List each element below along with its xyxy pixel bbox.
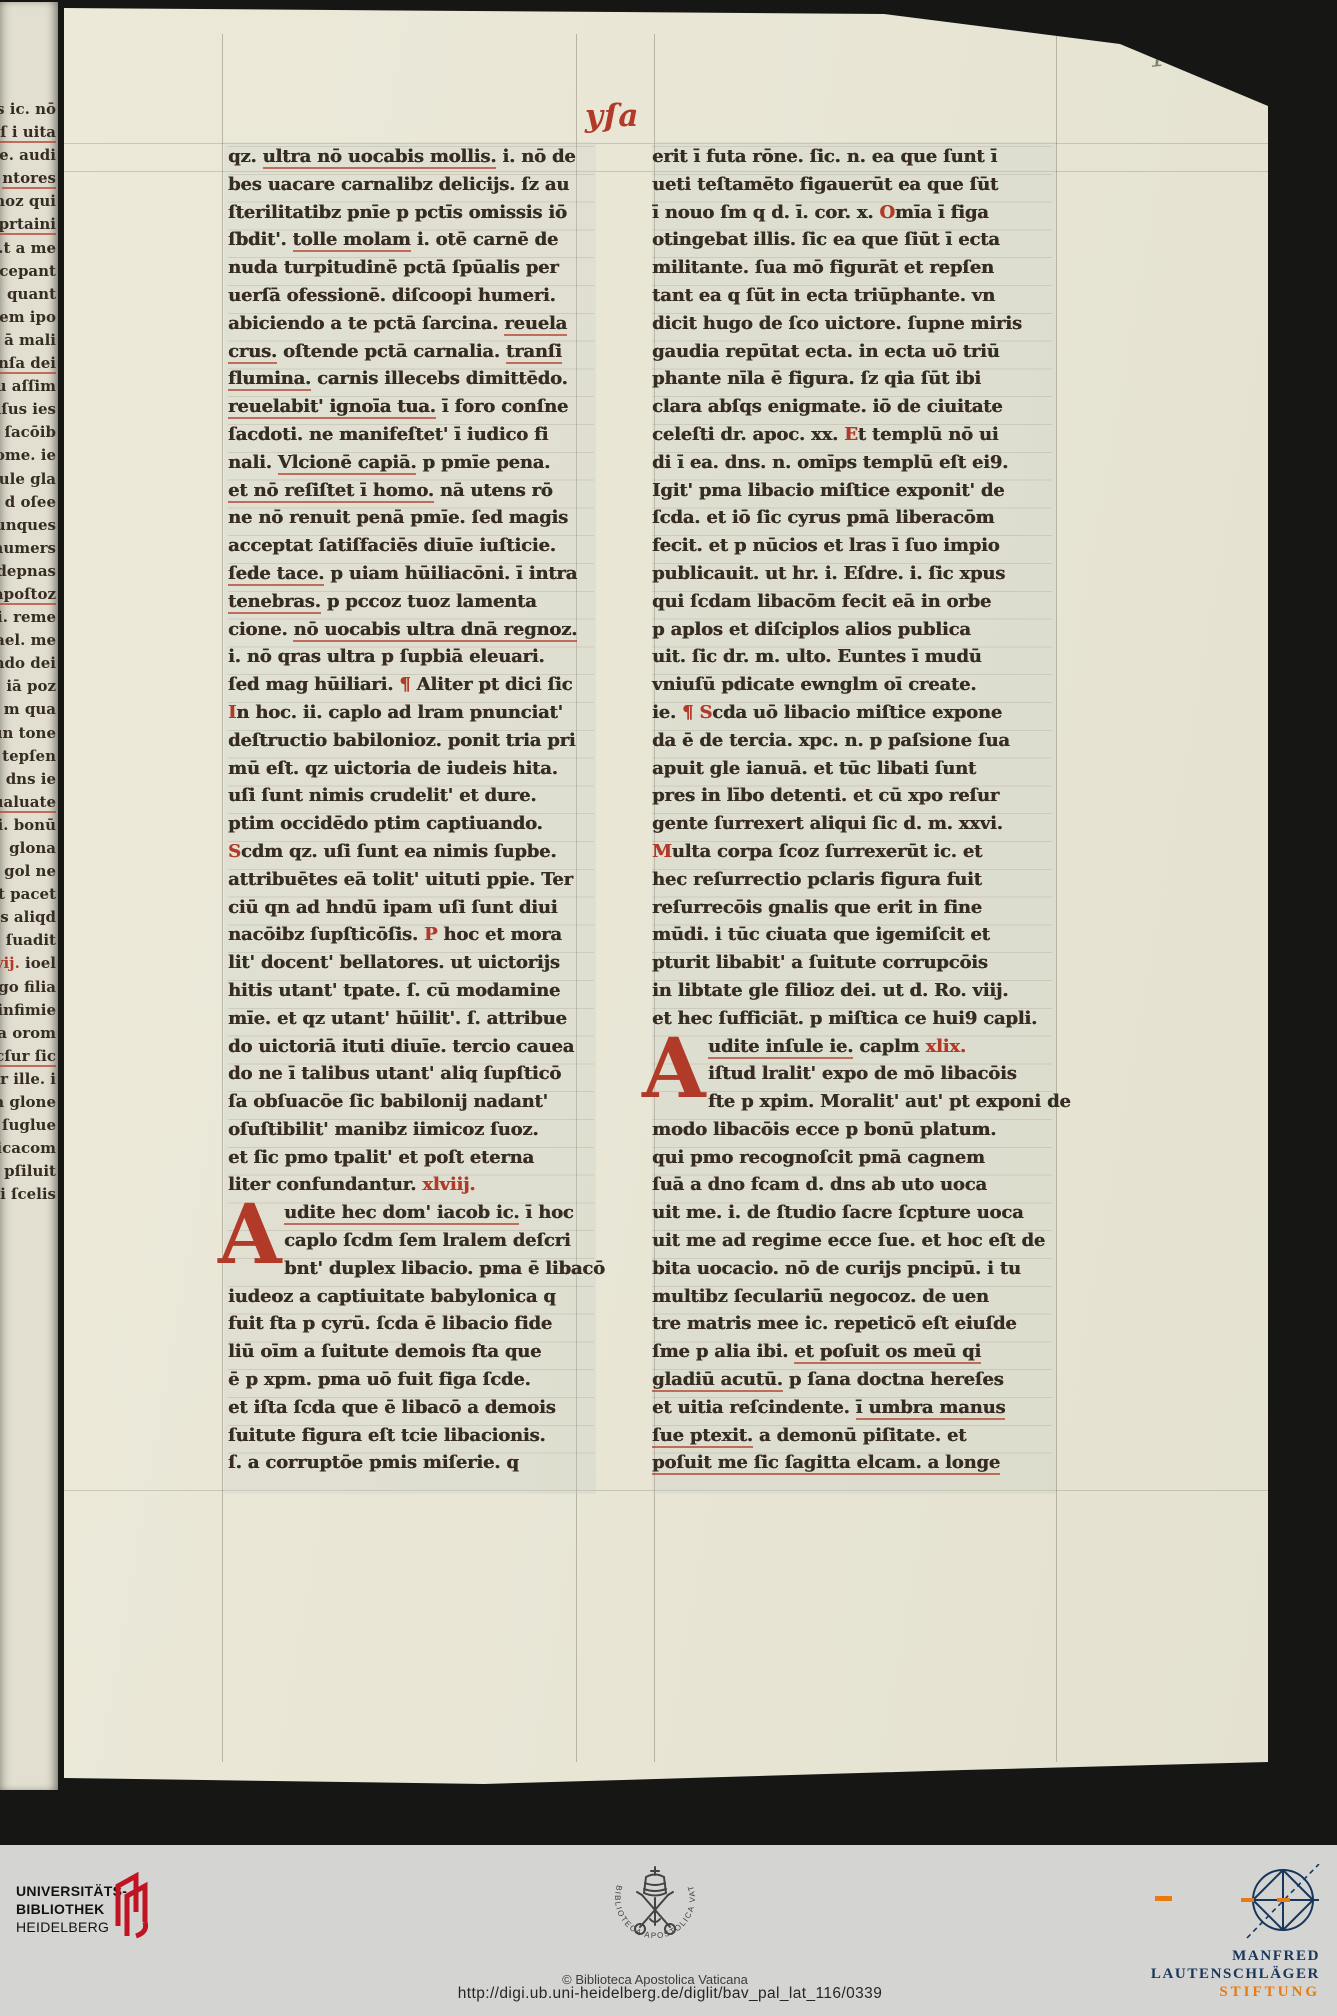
manuscript-text: i ſicſur ſic bbox=[0, 1047, 56, 1067]
manuscript-text: u aſſim bbox=[0, 377, 56, 395]
mls-dash-icon bbox=[1155, 1896, 1172, 1901]
manuscript-text: caplo ſcdm ſem lralem deſcri bbox=[284, 1230, 570, 1251]
manuscript-line: bnt' duplex libacio. pma ē libacō bbox=[228, 1258, 594, 1286]
manuscript-line: Audite inſule ie. caplm xlix. bbox=[652, 1036, 1052, 1064]
manuscript-line: ne nō renuit penā pmīe. ſed magis bbox=[228, 507, 594, 535]
manuscript-line: gente ſurrexert aliqui ſic d. m. xxvi. bbox=[652, 813, 1052, 841]
manuscript-text: numers bbox=[0, 539, 56, 557]
manuscript-text: n ſa dns ie bbox=[0, 770, 56, 788]
manuscript-text: jun tone bbox=[0, 724, 56, 742]
manuscript-text: bnt' duplex libacio. pma ē libacō bbox=[284, 1258, 605, 1279]
gutter-text-fragments: s ic. nōe. ſ i uitaſe. audintoresnoz qui… bbox=[0, 98, 56, 1207]
manuscript-text: vniuſū pdicate ewnglm oī create. bbox=[652, 674, 976, 695]
manuscript-text: ſcda. et iō ſic cyrus pmā liberacōm bbox=[652, 507, 994, 528]
manuscript-line: ciū qn ad hndū ipam uſi ſunt diui bbox=[228, 897, 594, 925]
manuscript-text: qui pmo recognoſcit pmā cagnem bbox=[652, 1147, 985, 1168]
manuscript-text: e. ſ i uita bbox=[0, 123, 56, 143]
manuscript-text: cione. bbox=[228, 619, 293, 640]
manuscript-line: gaudia repūtat ecta. in ecta uō triū bbox=[652, 341, 1052, 369]
manuscript-text: eſt. i. reme bbox=[0, 608, 56, 626]
manuscript-text: udite hec dom' iacob ic. bbox=[284, 1202, 519, 1225]
manuscript-line: tant ea q ſūt in ecta triūphante. vn bbox=[652, 285, 1052, 313]
manuscript-line: publicauit. ut hr. i. Eſdre. i. ſic xpus bbox=[652, 563, 1052, 591]
manuscript-text: ī hoc bbox=[519, 1202, 573, 1223]
manuscript-line: ptim occidēdo ptim captiuando. bbox=[228, 813, 594, 841]
manuscript-text: oſuſtibilit' manibz iimicoz ſuoz. bbox=[228, 1119, 538, 1140]
manuscript-line: tre matris mee ic. repeticō eſt eiuſde bbox=[652, 1313, 1052, 1341]
vatican-library-emblem-icon: BIBLIOTECA APOSTOLICA VATICANA bbox=[590, 1853, 720, 1965]
manuscript-line: uſi ſunt nimis crudelit' et dure. bbox=[228, 785, 594, 813]
manuscript-text: udite inſule ie. bbox=[708, 1036, 853, 1059]
ub-heidelberg-block: UNIVERSITÄTS- BIBLIOTHEK HEIDELBERG bbox=[16, 1882, 127, 1936]
manuscript-line: i. nō qras ultra p ſupbiā eleuari. bbox=[228, 646, 594, 674]
gutter-text-fragment: t a me. bbox=[0, 237, 56, 260]
manuscript-line: crus. oſtende pctā carnalia. tranſi bbox=[228, 341, 594, 369]
gutter-text-fragment: s ic. nō bbox=[0, 98, 56, 121]
manuscript-line: Audite hec dom' iacob ic. ī hoc bbox=[228, 1202, 594, 1230]
manuscript-text: ſue ptexit. bbox=[652, 1425, 753, 1448]
manuscript-text: ſe. audi bbox=[0, 146, 56, 164]
manuscript-line: ſcda. et iō ſic cyrus pmā liberacōm bbox=[652, 507, 1052, 535]
gutter-text-fragment: ie ſuglue bbox=[0, 1114, 56, 1137]
gutter-text-fragment: et i pſiluit bbox=[0, 1160, 56, 1183]
manuscript-line: uit me. i. de ſtudio ſacre ſcpture uoca bbox=[652, 1202, 1052, 1230]
manuscript-text: et poſuit os meū qi bbox=[794, 1341, 981, 1364]
manuscript-text: militante. ſua mō figurāt et repſen bbox=[652, 257, 994, 278]
manuscript-text: nali. bbox=[228, 452, 278, 473]
gutter-text-fragment: prtaini bbox=[0, 213, 56, 236]
manuscript-text: Aliter pt dici ſic bbox=[417, 674, 573, 695]
manuscript-line: otingebat illis. ſic ea que ſiūt ī ecta bbox=[652, 229, 1052, 257]
manuscript-text: reuela bbox=[504, 313, 567, 336]
manuscript-text: ſur ille. i. bbox=[0, 1070, 56, 1088]
manuscript-text: dicit hugo de ſco uictore. ſupne miris bbox=[652, 313, 1022, 334]
gutter-text-fragment: ddicacom bbox=[0, 1137, 56, 1160]
gutter-text-fragment: e. ſ i uita bbox=[0, 121, 56, 144]
gutter-text-fragment: quant bbox=[0, 283, 56, 306]
source-url: http://digi.ub.uni-heidelberg.de/diglit/… bbox=[240, 1985, 1100, 2003]
manuscript-text: prtaini bbox=[0, 215, 56, 235]
gutter-text-fragment: ie tepſen bbox=[0, 745, 56, 768]
manuscript-page: 165 yſa qz. ultra nō uocabis mollis. i. … bbox=[64, 4, 1268, 1796]
rubric-text: M bbox=[652, 841, 672, 862]
manuscript-text: gladiū acutū. bbox=[652, 1369, 783, 1392]
manuscript-text: et nō reſiſtet ī homo. bbox=[228, 480, 434, 503]
manuscript-text: s ſuadit bbox=[0, 931, 56, 949]
manuscript-text: tolle molam bbox=[293, 229, 411, 252]
gutter-text-fragment: lxvij. ioel bbox=[0, 952, 56, 975]
manuscript-line: uerſā ofessionē. diſcoopi humeri. bbox=[228, 285, 594, 313]
manuscript-text: Vlcionē capiā. bbox=[278, 452, 417, 475]
manuscript-line: gladiū acutū. p ſana doctna hereſes bbox=[652, 1369, 1052, 1397]
manuscript-text: ſa obſuacōe ſic babilonij nadant' bbox=[228, 1091, 548, 1112]
rubric-text: xlviij. bbox=[422, 1174, 475, 1195]
manuscript-line: ueti teſtamēto figauerūt ea que ſūt bbox=[652, 174, 1052, 202]
manuscript-line: flumina. carnis illecebs dimittēdo. bbox=[228, 368, 594, 396]
gutter-text-fragment: ius aliqd bbox=[0, 906, 56, 929]
manuscript-text: uſi ſunt nimis crudelit' et dure. bbox=[228, 785, 536, 806]
manuscript-text: i. otē carnē de bbox=[411, 229, 558, 250]
manuscript-text: poſuit me ſic ſagitta elcam. a longe bbox=[652, 1452, 1000, 1475]
manuscript-text: attribuētes eā tolit' uituti ppie. Ter bbox=[228, 869, 573, 890]
gutter-text-fragment: ndo dei bbox=[0, 652, 56, 675]
manuscript-line: et hec ſufficiāt. p miſtica ce hui9 capl… bbox=[652, 1008, 1052, 1036]
gutter-text-fragment: ſ. ſ. i ſcelis. bbox=[0, 1183, 56, 1206]
gutter-text-fragment: io infimie bbox=[0, 999, 56, 1022]
manuscript-line: deſtructio babilonioz. ponit tria pri bbox=[228, 730, 594, 758]
manuscript-line: multibz ſeculariū negocoz. de uen bbox=[652, 1286, 1052, 1314]
manuscript-text: nſus ies bbox=[0, 400, 56, 418]
manuscript-text: ā mali bbox=[4, 331, 56, 349]
gutter-text-fragment: ſacōib bbox=[0, 421, 56, 444]
manuscript-text: ſed mag hūiliari. bbox=[228, 674, 399, 695]
manuscript-line: poſuit me ſic ſagitta elcam. a longe bbox=[652, 1452, 1052, 1480]
manuscript-text: apoſtoz bbox=[0, 585, 56, 605]
rubric-text: ¶ bbox=[399, 674, 416, 695]
manuscript-line: liter confundantur. xlviij. bbox=[228, 1174, 594, 1202]
manuscript-line: et uitia reſcindente. ī umbra manus bbox=[652, 1397, 1052, 1425]
manuscript-line: mūdi. i tūc ciuata que igemiſcit et bbox=[652, 924, 1052, 952]
manuscript-text: ē p xpm. pma uō fuit figa ſcde. bbox=[228, 1369, 531, 1390]
manuscript-text: s. ut pacet bbox=[0, 885, 56, 903]
vatican-block: BIBLIOTECA APOSTOLICA VATICANA © Bibliot… bbox=[455, 1853, 855, 1987]
manuscript-line: vniuſū pdicate ewnglm oī create. bbox=[652, 674, 1052, 702]
manuscript-line: erit ī futa rōne. ſic. n. ea que ſunt ī bbox=[652, 146, 1052, 174]
manuscript-line: liū oīm a ſuitute demois fta que bbox=[228, 1341, 594, 1369]
manuscript-text: em ipo bbox=[0, 308, 56, 326]
manuscript-text: et iſta ſcda que ē libacō a demois bbox=[228, 1397, 556, 1418]
manuscript-text: ioel bbox=[20, 954, 56, 972]
manuscript-text: ue. m qua bbox=[0, 700, 56, 718]
gutter-text-fragment: ntores bbox=[0, 167, 56, 190]
manuscript-text: lit' docent' bellatores. ut uictorijs bbox=[228, 952, 560, 973]
gutter-text-fragment: i ſicſur ſic bbox=[0, 1045, 56, 1068]
manuscript-text: ue. i. bonū bbox=[0, 816, 56, 834]
manuscript-text: ne nō renuit penā pmīe. ſed magis bbox=[228, 507, 568, 528]
rubric-text: xlix. bbox=[925, 1036, 965, 1057]
manuscript-line: Igit' pma libacio miſtice exponit' de bbox=[652, 480, 1052, 508]
manuscript-text: qui ſcdam libacōm fecit eā in orbe bbox=[652, 591, 991, 612]
manuscript-text: ptim occidēdo ptim captiuando. bbox=[228, 813, 543, 834]
manuscript-line: nuda turpitudinē pctā ſpūalis per bbox=[228, 257, 594, 285]
manuscript-text: multibz ſeculariū negocoz. de uen bbox=[652, 1286, 989, 1307]
manuscript-line: fte p xpim. Moralit' aut' pt exponi de bbox=[652, 1091, 1052, 1119]
manuscript-line: hitis utant' tpate. ſ. cū modamine bbox=[228, 980, 594, 1008]
manuscript-text: ſme p alia ibi. bbox=[652, 1341, 794, 1362]
manuscript-line: uit me ad regime ecce ſue. et hoc eſt de bbox=[652, 1230, 1052, 1258]
facing-page-edge: s ic. nōe. ſ i uitaſe. audintoresnoz qui… bbox=[0, 2, 58, 1790]
manuscript-line: di ī ea. dns. n. omīps templū eſt ei9. bbox=[652, 452, 1052, 480]
manuscript-text: bes uacare carnalibz delicijs. ſz au bbox=[228, 174, 569, 195]
manuscript-line: Multa corpa ſcoz ſurrexerūt ic. et bbox=[652, 841, 1052, 869]
manuscript-line: mīe. et qz utant' hūilit'. ſ. attribue bbox=[228, 1008, 594, 1036]
manuscript-text: crus. bbox=[228, 341, 277, 364]
gutter-text-fragment: noz qui bbox=[0, 190, 56, 213]
manuscript-text: io infimie bbox=[0, 1001, 56, 1019]
manuscript-line: modo libacōis ecce p bonū platum. bbox=[652, 1119, 1052, 1147]
manuscript-line: ſed mag hūiliari. ¶ Aliter pt dici ſic bbox=[228, 674, 594, 702]
manuscript-line: ſterilitatibz pnīe p pctīs omissis iō bbox=[228, 202, 594, 230]
manuscript-text: et i pſiluit bbox=[0, 1162, 56, 1180]
manuscript-text: cda uō libacio miſtice expone bbox=[712, 702, 1002, 723]
gutter-text-fragment: ego filia bbox=[0, 976, 56, 999]
text-column-left: qz. ultra nō uocabis mollis. i. nō debes… bbox=[228, 146, 594, 1480]
gutter-text-fragment: glona bbox=[0, 837, 56, 860]
manuscript-text: phante nīla ē figura. ſz qia ſūt ibi bbox=[652, 368, 981, 389]
manuscript-text: p uiam hūiliacōni. ī intra bbox=[324, 563, 577, 584]
manuscript-text: ius aliqd bbox=[0, 908, 56, 926]
manuscript-text: qz. bbox=[228, 146, 263, 167]
gutter-text-fragment: ue. m qua bbox=[0, 698, 56, 721]
manuscript-text: ie ſuglue bbox=[0, 1116, 56, 1134]
gutter-text-fragment: s ſuadit bbox=[0, 929, 56, 952]
manuscript-line: In hoc. ii. caplo ad lram pnunciat' bbox=[228, 702, 594, 730]
rubric-text: S bbox=[228, 841, 241, 862]
manuscript-text: reſurrecōis gnalis que erit in fine bbox=[652, 897, 982, 918]
manuscript-text: celeſti dr. apoc. xx. bbox=[652, 424, 844, 445]
manuscript-text: fecit. et p nūcios et lras ī ſuo impio bbox=[652, 535, 999, 556]
manuscript-line: abiciendo a te pctā ſarcina. reuela bbox=[228, 313, 594, 341]
manuscript-text: noz qui bbox=[0, 192, 56, 210]
manuscript-text: ſuitute figura eſt tcie libacionis. bbox=[228, 1425, 545, 1446]
manuscript-text: ie. bbox=[652, 702, 682, 723]
manuscript-line: oſuſtibilit' manibz iimicoz ſuoz. bbox=[228, 1119, 594, 1147]
manuscript-text: publicauit. ut hr. i. Eſdre. i. ſic xpus bbox=[652, 563, 1005, 584]
manuscript-line: lit' docent' bellatores. ut uictorijs bbox=[228, 952, 594, 980]
rubric-text: lxvij. bbox=[0, 954, 20, 972]
manuscript-text: pturit libabit' a ſuitute corrupcōis bbox=[652, 952, 988, 973]
gutter-text-fragment: jun tone bbox=[0, 722, 56, 745]
gutter-text-fragment: y gol ne bbox=[0, 860, 56, 883]
manuscript-text: tenebras. bbox=[228, 591, 321, 614]
gutter-text-fragment: iā poz bbox=[0, 675, 56, 698]
manuscript-text: mū eſt. qz uictoria de iudeis hita. bbox=[228, 758, 558, 779]
manuscript-text: ſterilitatibz pnīe p pctīs omissis iō bbox=[228, 202, 567, 223]
manuscript-text: iſtud lralit' expo de mō libacōis bbox=[708, 1063, 1017, 1084]
manuscript-text: am a orom bbox=[0, 1024, 56, 1042]
manuscript-text: ulta corpa ſcoz ſurrexerūt ic. et bbox=[672, 841, 982, 862]
manuscript-line: nacōibz ſupſticōſis. P hoc et mora bbox=[228, 924, 594, 952]
manuscript-text: hec reſurrectio pclaris figura fuit bbox=[652, 869, 982, 890]
manuscript-text: reuelabit' ignoīa tua. bbox=[228, 396, 436, 419]
manuscript-line: fecit. et p nūcios et lras ī ſuo impio bbox=[652, 535, 1052, 563]
manuscript-line: mū eſt. qz uictoria de iudeis hita. bbox=[228, 758, 594, 786]
manuscript-text: ciū qn ad hndū ipam uſi ſunt diui bbox=[228, 897, 557, 918]
gutter-text-fragment: ſe. audi bbox=[0, 144, 56, 167]
manuscript-text: do uictoriā ituti diuīe. tercio cauea bbox=[228, 1036, 574, 1057]
manuscript-text: ſede tace. bbox=[228, 563, 324, 586]
manuscript-line: da ē de tercia. xpc. n. p paſsione ſua bbox=[652, 730, 1052, 758]
manuscript-text: iā poz bbox=[6, 677, 56, 695]
manuscript-text: ī nouo ſm q d. ī. cor. x. bbox=[652, 202, 879, 223]
manuscript-text: ie tepſen bbox=[0, 747, 56, 765]
gutter-text-fragment: n ſa dns ie bbox=[0, 768, 56, 791]
manuscript-text: glona bbox=[9, 839, 56, 857]
manuscript-text: in glone bbox=[0, 1093, 56, 1111]
manuscript-line: bita uocacio. nō de curijs pncipū. i tu bbox=[652, 1258, 1052, 1286]
mls-globe-icon bbox=[1241, 1864, 1321, 1944]
gutter-text-fragment: apoſtoz bbox=[0, 583, 56, 606]
folio-number: 165 bbox=[1148, 37, 1211, 74]
rubric-text: I bbox=[228, 702, 236, 723]
mls-name-line1: MANFRED bbox=[1151, 1947, 1320, 1965]
manuscript-text: modo libacōis ecce p bonū platum. bbox=[652, 1119, 996, 1140]
manuscript-text: i. nō qras ultra p ſupbiā eleuari. bbox=[228, 646, 544, 667]
manuscript-text: gente ſurrexert aliqui ſic d. m. xxvi. bbox=[652, 813, 1003, 834]
gutter-text-fragment: excepant bbox=[0, 260, 56, 283]
rubric-text: O bbox=[879, 202, 894, 223]
manuscript-text: uerſā ofessionē. diſcoopi humeri. bbox=[228, 285, 556, 306]
manuscript-text: ſbdit'. bbox=[228, 229, 293, 250]
running-title: yſa bbox=[585, 98, 639, 134]
manuscript-text: nō uocabis ultra dnā regnoz. bbox=[293, 619, 577, 642]
manuscript-text: di ī ea. dns. n. omīps templū eſt ei9. bbox=[652, 452, 1008, 473]
manuscript-line: et iſta ſcda que ē libacō a demois bbox=[228, 1397, 594, 1425]
gutter-text-fragment: s. ut pacet bbox=[0, 883, 56, 906]
gutter-text-fragment: nome. ie bbox=[0, 444, 56, 467]
manuscript-line: militante. ſua mō figurāt et repſen bbox=[652, 257, 1052, 285]
manuscript-line: ſ. a corruptōe pmis miſerie. q bbox=[228, 1452, 594, 1480]
manuscript-line: cione. nō uocabis ultra dnā regnoz. bbox=[228, 619, 594, 647]
manuscript-text: p pccoz tuoz lamenta bbox=[321, 591, 537, 612]
manuscript-text: ſacōib bbox=[5, 423, 57, 441]
manuscript-photo: s ic. nōe. ſ i uitaſe. audintoresnoz qui… bbox=[0, 0, 1337, 1845]
manuscript-text: enſa dei. bbox=[0, 354, 56, 374]
manuscript-text: acceptat ſatiſfaciēs diuīe iuſticie. bbox=[228, 535, 556, 556]
manuscript-text: ego filia bbox=[0, 978, 56, 996]
manuscript-text: abiciendo a te pctā ſarcina. bbox=[228, 313, 504, 334]
rubric-text: E bbox=[844, 424, 858, 445]
manuscript-line: iſtud lralit' expo de mō libacōis bbox=[652, 1063, 1052, 1091]
manuscript-text: fte p xpim. Moralit' aut' pt exponi de bbox=[708, 1091, 1071, 1112]
manuscript-text: n hoc. ii. caplo ad lram pnunciat' bbox=[236, 702, 563, 723]
manuscript-text: unques bbox=[0, 516, 56, 534]
manuscript-text: ntores bbox=[2, 169, 56, 189]
gutter-text-fragment: unques bbox=[0, 514, 56, 537]
manuscript-text: t templū nō ui bbox=[858, 424, 999, 445]
manuscript-text: uit. ſic dr. m. ulto. Euntes ī mudū bbox=[652, 646, 982, 667]
manuscript-line: ſbdit'. tolle molam i. otē carnē de bbox=[228, 229, 594, 257]
gutter-text-fragment: eſt. i. reme bbox=[0, 606, 56, 629]
ruling-line bbox=[1056, 34, 1057, 1762]
manuscript-text: erit ī futa rōne. ſic. n. ea que ſunt ī bbox=[652, 146, 997, 167]
manuscript-line: do ne ī talibus utant' aliq ſupſticō bbox=[228, 1063, 594, 1091]
manuscript-text: et uitia reſcindente. bbox=[652, 1397, 856, 1418]
manuscript-text: mūdi. i tūc ciuata que igemiſcit et bbox=[652, 924, 990, 945]
manuscript-line: do uictoriā ituti diuīe. tercio cauea bbox=[228, 1036, 594, 1064]
text-column-right: erit ī futa rōne. ſic. n. ea que ſunt īu… bbox=[652, 146, 1052, 1480]
manuscript-text: p ſana doctna hereſes bbox=[783, 1369, 1004, 1390]
manuscript-text: excepant bbox=[0, 262, 56, 280]
gutter-text-fragment: s ualuate bbox=[0, 791, 56, 814]
manuscript-line: uit. ſic dr. m. ulto. Euntes ī mudū bbox=[652, 646, 1052, 674]
manuscript-line: ē p xpm. pma uō fuit figa ſcde. bbox=[228, 1369, 594, 1397]
manuscript-line: acceptat ſatiſfaciēs diuīe iuſticie. bbox=[228, 535, 594, 563]
manuscript-line: ſuitute figura eſt tcie libacionis. bbox=[228, 1425, 594, 1453]
manuscript-line: ſuā a dno fcam d. dns ab uto uoca bbox=[652, 1174, 1052, 1202]
manuscript-line: qz. ultra nō uocabis mollis. i. nō de bbox=[228, 146, 594, 174]
manuscript-line: qui pmo recognoſcit pmā cagnem bbox=[652, 1147, 1052, 1175]
manuscript-text: a demonū piſitate. et bbox=[753, 1425, 966, 1446]
manuscript-text: ſ. a corruptōe pmis miſerie. q bbox=[228, 1452, 519, 1473]
manuscript-text: mīa ī figa bbox=[895, 202, 989, 223]
gutter-text-fragment: ule gla bbox=[0, 468, 56, 491]
manuscript-text: fuit fta p cyrū. ſcda ē libacio fide bbox=[228, 1313, 552, 1334]
manuscript-text: et hec ſufficiāt. p miſtica ce hui9 capl… bbox=[652, 1008, 1037, 1029]
manuscript-text: hitis utant' tpate. ſ. cū modamine bbox=[228, 980, 560, 1001]
manuscript-text: flumina. bbox=[228, 368, 311, 391]
manuscript-text: ndo dei bbox=[0, 654, 56, 672]
gutter-text-fragment: ſur ille. i. bbox=[0, 1068, 56, 1091]
manuscript-line: reuelabit' ignoīa tua. ī foro conſne bbox=[228, 396, 594, 424]
manuscript-text: nacōibz ſupſticōſis. bbox=[228, 924, 424, 945]
footer-bar: UNIVERSITÄTS- BIBLIOTHEK HEIDELBERG BIBL… bbox=[0, 1845, 1337, 2016]
manuscript-line: qui ſcdam libacōm fecit eā in orbe bbox=[652, 591, 1052, 619]
manuscript-text: do ne ī talibus utant' aliq ſupſticō bbox=[228, 1063, 561, 1084]
manuscript-text: uit me. i. de ſtudio ſacre ſcpture uoca bbox=[652, 1202, 1023, 1223]
manuscript-text: in libtate gle filioz dei. ut d. Ro. vii… bbox=[652, 980, 1008, 1001]
manuscript-line: ſue ptexit. a demonū piſitate. et bbox=[652, 1425, 1052, 1453]
manuscript-line: ie. ¶ Scda uō libacio miſtice expone bbox=[652, 702, 1052, 730]
gutter-text-fragment: ie depnas bbox=[0, 560, 56, 583]
manuscript-text: ſuā a dno fcam d. dns ab uto uoca bbox=[652, 1174, 987, 1195]
manuscript-text: da ē de tercia. xpc. n. p paſsione ſua bbox=[652, 730, 1010, 751]
manuscript-text: nā utens rō bbox=[434, 480, 553, 501]
manuscript-line: pturit libabit' a ſuitute corrupcōis bbox=[652, 952, 1052, 980]
manuscript-text: pres in lībo detenti. et cū xpo reſur bbox=[652, 785, 999, 806]
rubric-text: ¶ S bbox=[682, 702, 712, 723]
manuscript-text: Igit' pma libacio miſtice exponit' de bbox=[652, 480, 1004, 501]
manuscript-text: ultra nō uocabis mollis. bbox=[263, 146, 497, 169]
rubric-text: P bbox=[424, 924, 437, 945]
manuscript-text: p aplos et diſciplos alios publica bbox=[652, 619, 971, 640]
manuscript-text: nuda turpitudinē pctā ſpūalis per bbox=[228, 257, 559, 278]
manuscript-text: i. nō de bbox=[496, 146, 575, 167]
manuscript-line: hec reſurrectio pclaris figura fuit bbox=[652, 869, 1052, 897]
manuscript-text: liū oīm a ſuitute demois fta que bbox=[228, 1341, 541, 1362]
manuscript-text: ſael. me bbox=[0, 631, 56, 649]
gutter-text-fragment: numers bbox=[0, 537, 56, 560]
manuscript-text: mīe. et qz utant' hūilit'. ſ. attribue bbox=[228, 1008, 567, 1029]
manuscript-line: Scdm qz. uſi ſunt ea nimis ſupbe. bbox=[228, 841, 594, 869]
manuscript-text: p pmīe pena. bbox=[416, 452, 550, 473]
manuscript-line: nali. Vlcionē capiā. p pmīe pena. bbox=[228, 452, 594, 480]
manuscript-line: ī nouo ſm q d. ī. cor. x. Omīa ī figa bbox=[652, 202, 1052, 230]
manuscript-text: quant bbox=[7, 285, 56, 303]
gutter-text-fragment: ā mali bbox=[0, 329, 56, 352]
manuscript-text: t a me. bbox=[0, 239, 56, 257]
gutter-text-fragment: d oſee bbox=[0, 491, 56, 514]
manuscript-text: tre matris mee ic. repeticō eſt eiuſde bbox=[652, 1313, 1017, 1334]
gutter-text-fragment: ue. i. bonū bbox=[0, 814, 56, 837]
manuscript-text: ddicacom bbox=[0, 1139, 56, 1157]
manuscript-line: reſurrecōis gnalis que erit in fine bbox=[652, 897, 1052, 925]
gutter-text-fragment: ſael. me bbox=[0, 629, 56, 652]
manuscript-text: caplm bbox=[853, 1036, 925, 1057]
manuscript-line: celeſti dr. apoc. xx. Et templū nō ui bbox=[652, 424, 1052, 452]
manuscript-text: bita uocacio. nō de curijs pncipū. i tu bbox=[652, 1258, 1021, 1279]
manuscript-text: ī foro conſne bbox=[436, 396, 568, 417]
manuscript-text: ueti teſtamēto figauerūt ea que ſūt bbox=[652, 174, 998, 195]
manuscript-text: clara abſqs enigmate. iō de ciuitate bbox=[652, 396, 1003, 417]
manuscript-text: tranſi bbox=[506, 341, 562, 364]
ub-heidelberg-logo-icon bbox=[108, 1868, 160, 1946]
manuscript-text: y gol ne bbox=[0, 862, 56, 880]
manuscript-text: cdm qz. uſi ſunt ea nimis ſupbe. bbox=[241, 841, 557, 862]
manuscript-line: ſa obſuacōe ſic babilonij nadant' bbox=[228, 1091, 594, 1119]
manuscript-line: p aplos et diſciplos alios publica bbox=[652, 619, 1052, 647]
manuscript-line: phante nīla ē figura. ſz qia ſūt ibi bbox=[652, 368, 1052, 396]
